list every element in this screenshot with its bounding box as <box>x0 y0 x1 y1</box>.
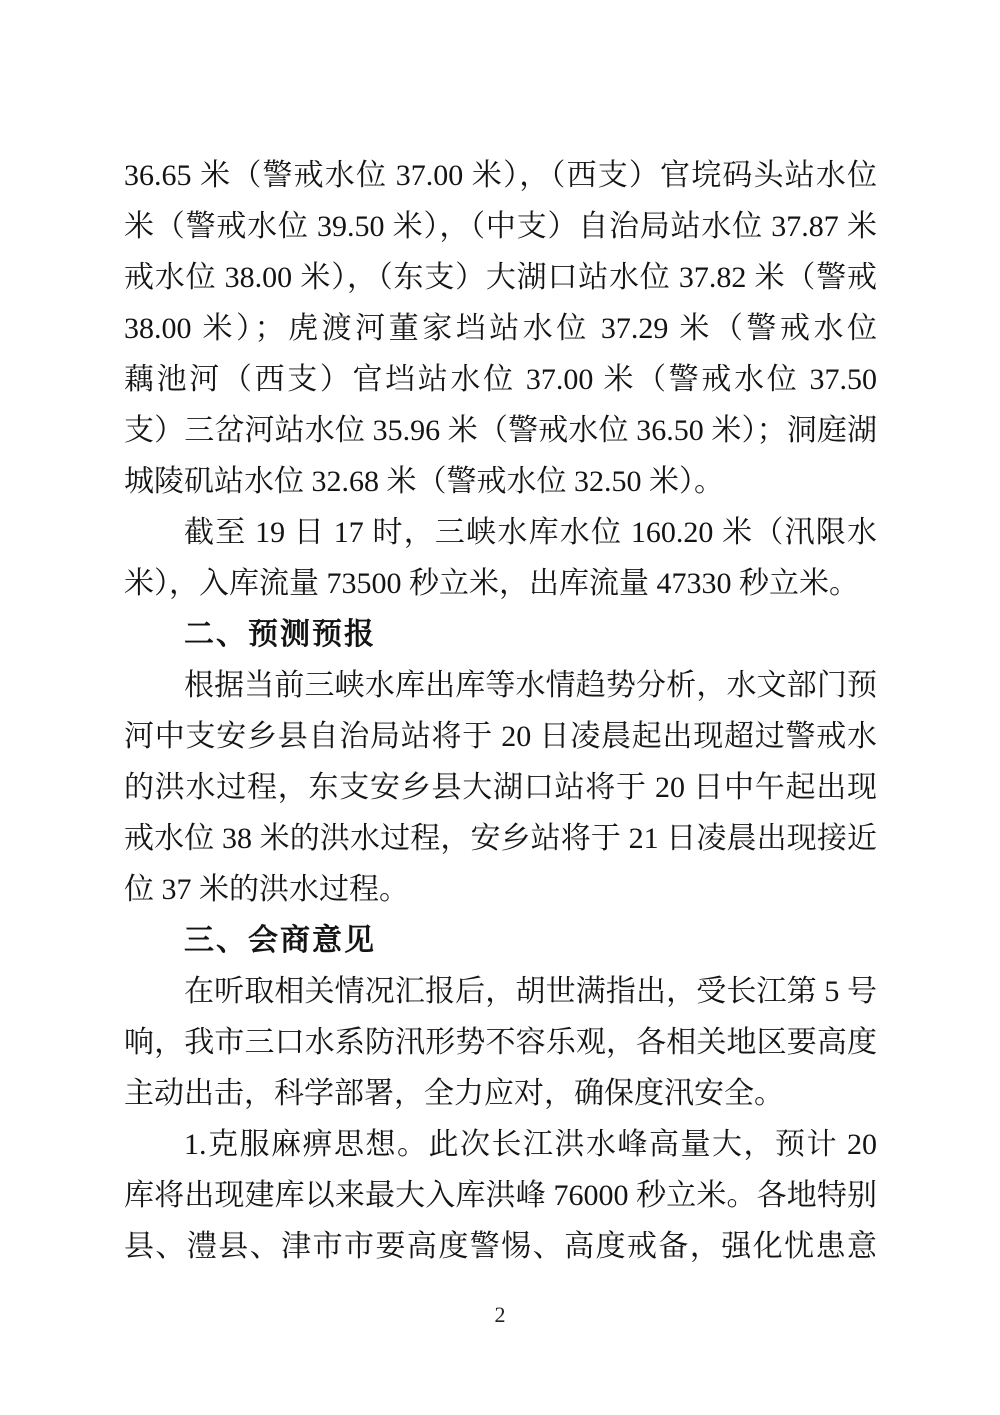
document-line: 位 37 米的洪水过程。 <box>124 864 877 915</box>
document-line: 主动出击，科学部署，全力应对，确保度汛安全。 <box>124 1068 877 1119</box>
document-line: 38.00 米）；虎渡河董家垱站水位 37.29 米（警戒水位 38.00 米）… <box>124 303 877 354</box>
document-line: 河中支安乡县自治局站将于 20 日凌晨起出现超过警戒水位 38 米 <box>124 711 877 762</box>
document-line: 戒水位 38.00 米），（东支）大湖口站水位 37.82 米（警戒水位 <box>124 252 877 303</box>
document-line: 米（警戒水位 39.50 米），（中支）自治局站水位 37.87 米（警 <box>124 201 877 252</box>
document-line: 支）三岔河站水位 35.96 米（警戒水位 36.50 米）；洞庭湖流域 <box>124 405 877 456</box>
document-line: 根据当前三峡水库出库等水情趋势分析，水文部门预计松滋 <box>124 660 877 711</box>
document-line: 县、澧县、津市市要高度警惕、高度戒备，强化忧患意识、风险 <box>124 1221 877 1272</box>
document-line: 36.65 米（警戒水位 37.00 米），（西支）官垸码头站水位 38.08 <box>124 150 877 201</box>
document-page: 36.65 米（警戒水位 37.00 米），（西支）官垸码头站水位 38.08米… <box>0 0 1000 1415</box>
document-line: 戒水位 38 米的洪水过程，安乡站将于 21 日凌晨出现接近警戒水 <box>124 813 877 864</box>
document-line: 米），入库流量 73500 秒立米，出库流量 47330 秒立米。 <box>124 558 877 609</box>
document-line: 藕池河（西支）官垱站水位 37.00 米（警戒水位 37.50 米），（中 <box>124 354 877 405</box>
document-line: 库将出现建库以来最大入库洪峰 76000 秒立米。各地特别是安乡 <box>124 1170 877 1221</box>
document-line: 截至 19 日 17 时，三峡水库水位 160.20 米（汛限水位 145.00 <box>124 507 877 558</box>
document-line: 城陵矶站水位 32.68 米（警戒水位 32.50 米）。 <box>124 456 877 507</box>
document-line: 1.克服麻痹思想。此次长江洪水峰高量大，预计 20 日三峡水 <box>124 1119 877 1170</box>
document-line: 在听取相关情况汇报后，胡世满指出，受长江第 5 号洪水影 <box>124 966 877 1017</box>
section-heading: 三、会商意见 <box>124 915 877 966</box>
page-number: 2 <box>495 1302 506 1327</box>
document-line: 响，我市三口水系防汛形势不容乐观，各相关地区要高度重视， <box>124 1017 877 1068</box>
document-line: 的洪水过程，东支安乡县大湖口站将于 20 日中午起出现超过警 <box>124 762 877 813</box>
page-footer: 2 <box>0 1300 1000 1330</box>
section-heading: 二、预测预报 <box>124 609 877 660</box>
document-text-block: 36.65 米（警戒水位 37.00 米），（西支）官垸码头站水位 38.08米… <box>124 150 877 1272</box>
